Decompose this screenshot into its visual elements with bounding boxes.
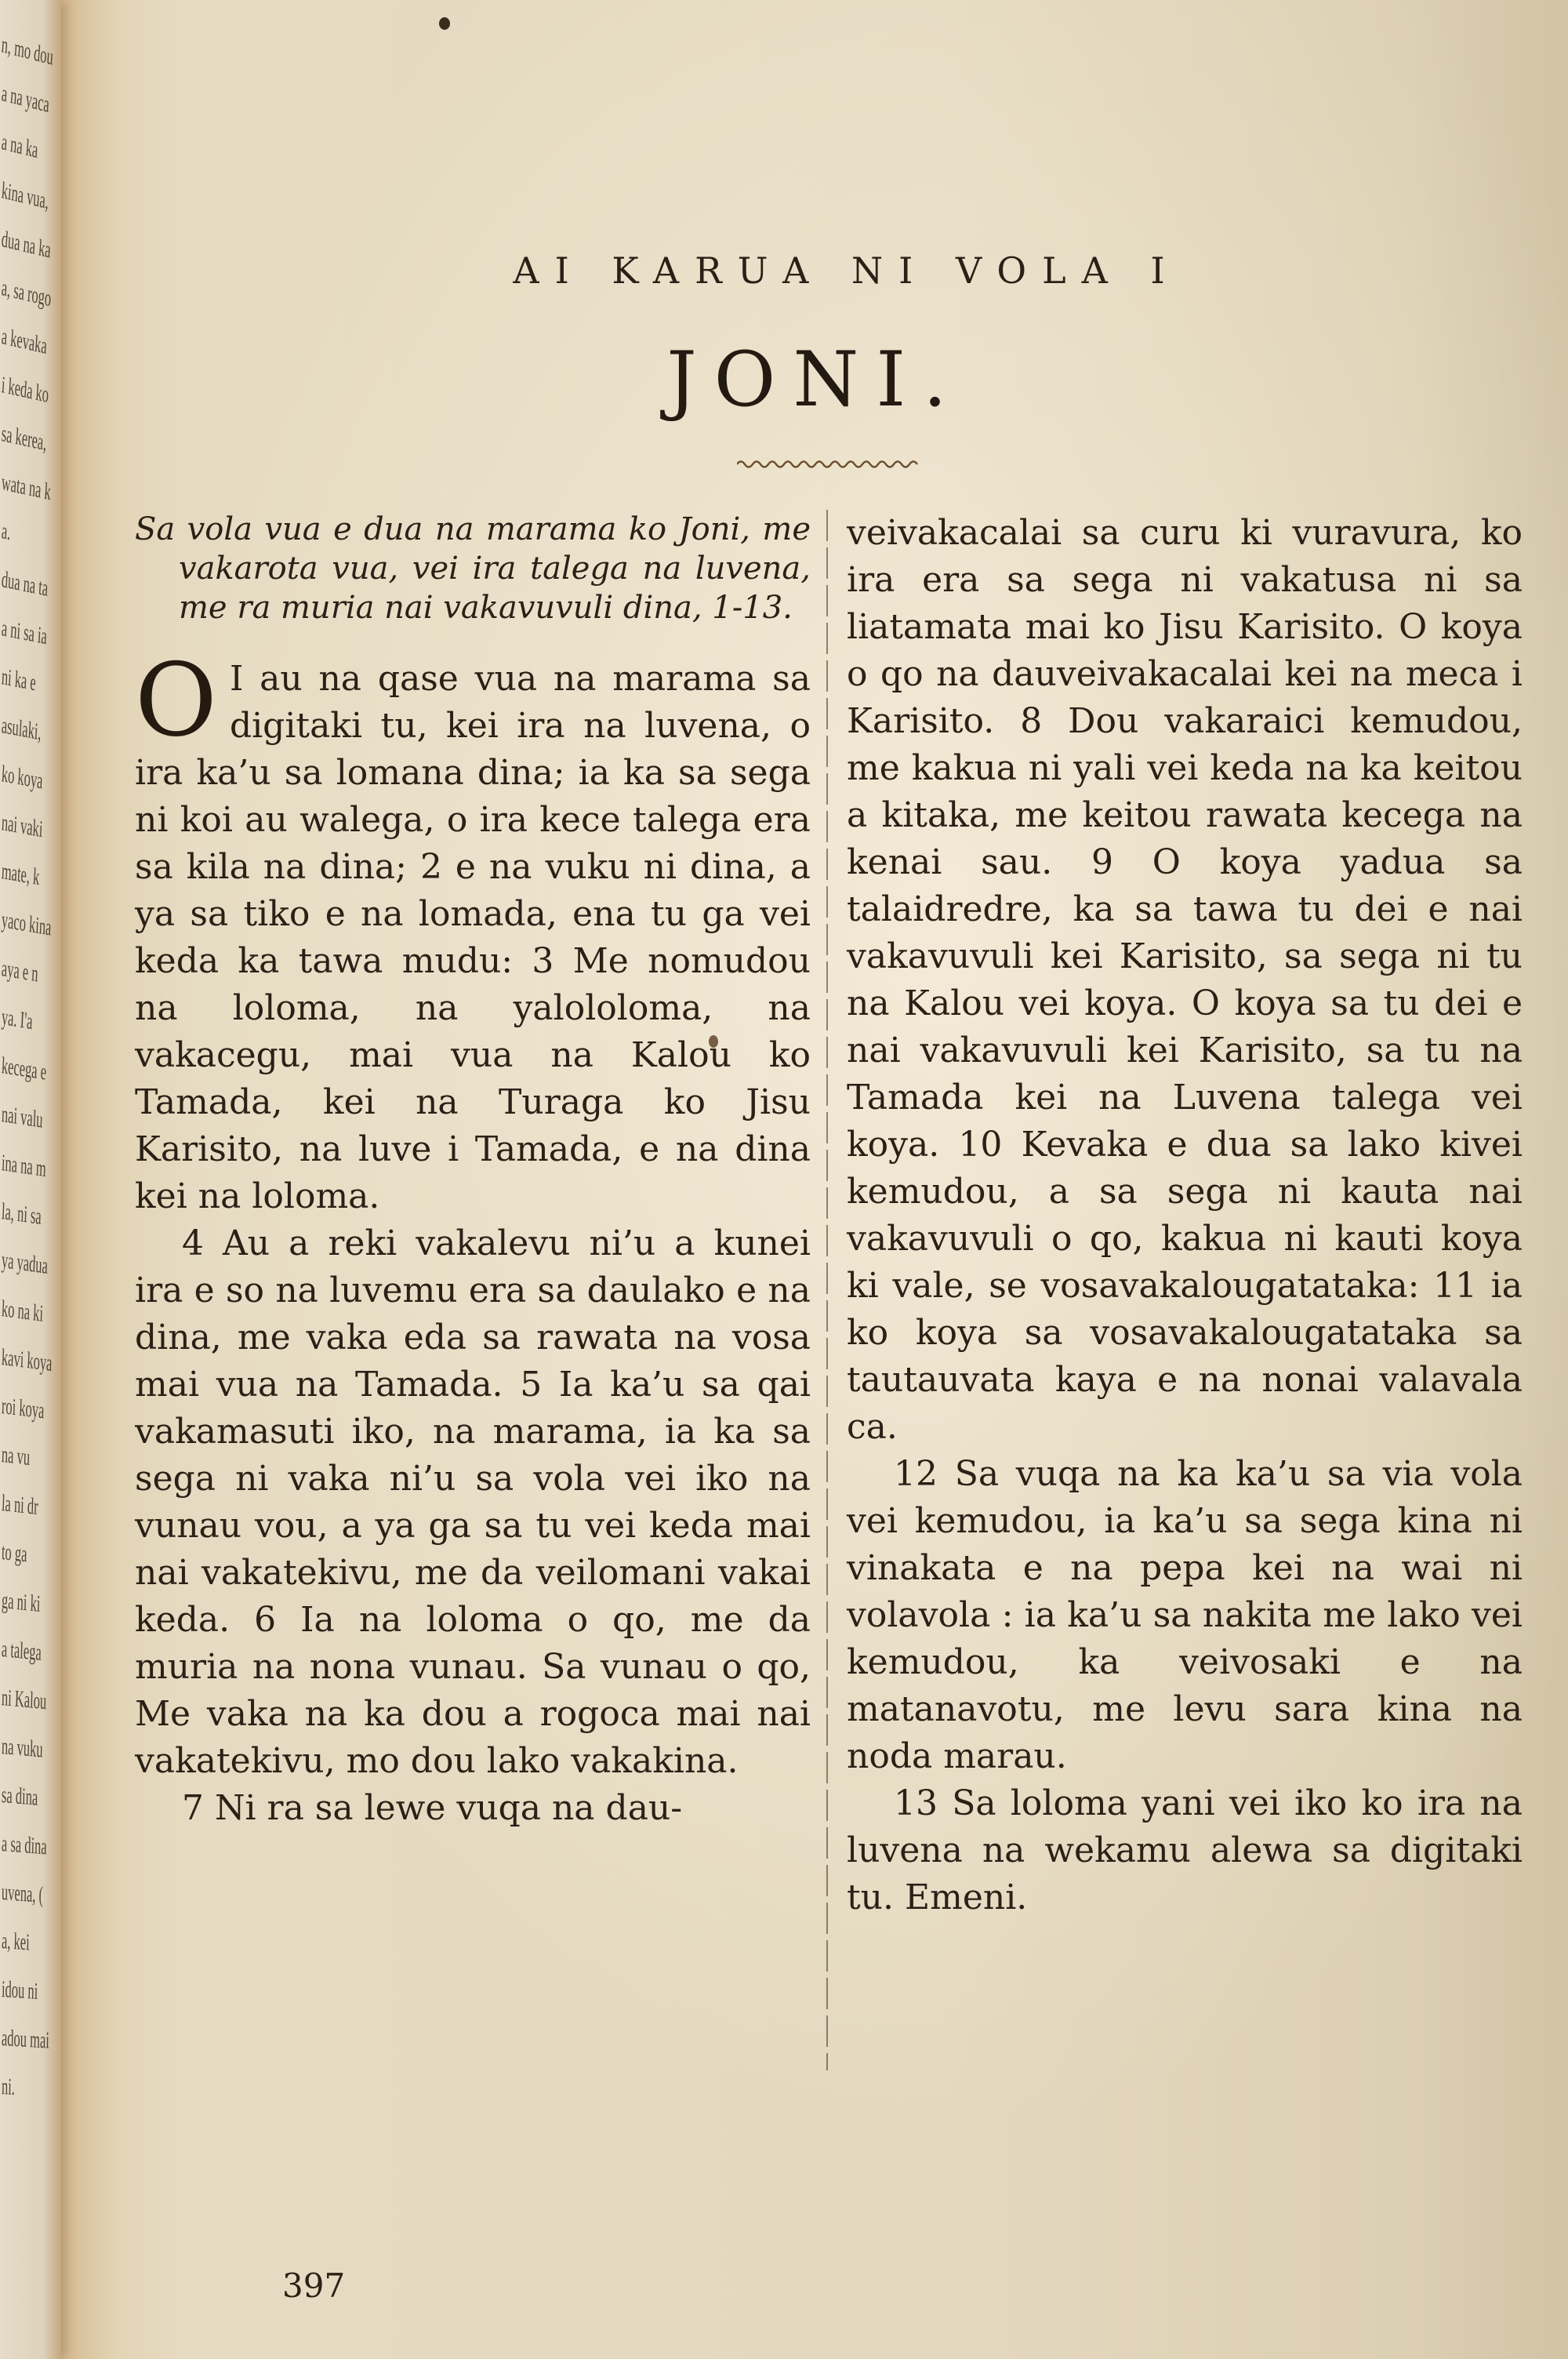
- adjacent-page-text-fragment: idou ni: [2, 1976, 38, 2005]
- adjacent-page-text-fragment: a talega: [2, 1636, 42, 1667]
- adjacent-page-text-fragment: yaco kina: [1, 907, 52, 942]
- adjacent-page-text-fragment: na vuku: [2, 1733, 44, 1764]
- adjacent-page-text-fragment: n, mo dou: [1, 31, 54, 71]
- adjacent-page-text-fragment: asulaki,: [1, 712, 42, 746]
- verse-paragraph: OI au na qase vua na marama sa digitaki …: [135, 656, 811, 1220]
- verse-paragraph: 7 Ni ra sa lewe vuqa na dau-: [135, 1785, 811, 1832]
- adjacent-page-text-fragment: la, ni sa: [1, 1198, 42, 1230]
- chapter-summary: Sa vola vua e dua na marama ko Joni, me …: [135, 510, 811, 627]
- adjacent-page-text-fragment: a sa dina: [2, 1830, 47, 1860]
- adjacent-page-text-fragment: uvena, (: [2, 1879, 44, 1909]
- adjacent-page-text-fragment: ina na m: [1, 1150, 46, 1183]
- adjacent-page-text-fragment: dua na ta: [1, 566, 49, 602]
- adjacent-page-text-fragment: ko koya: [1, 761, 43, 794]
- adjacent-page-text-fragment: kina vua,: [1, 177, 49, 215]
- foxing-spot: [709, 1035, 718, 1048]
- page-number: 397: [282, 2266, 345, 2305]
- running-title: AI KARUA NI VOLA I: [0, 249, 1568, 292]
- verse-paragraph: veivakacalai sa curu ki vuravura, ko ira…: [847, 510, 1523, 1451]
- adjacent-page-text-fragment: a na ka: [1, 129, 39, 164]
- adjacent-page-text-fragment: mate, k: [1, 858, 40, 891]
- adjacent-page-text-fragment: ya yadua: [1, 1247, 48, 1280]
- left-text-column: Sa vola vua e dua na marama ko Joni, me …: [135, 510, 811, 1832]
- adjacent-page-text-fragment: aya e n: [1, 955, 38, 987]
- drop-cap: O: [135, 659, 217, 743]
- right-text-column: veivakacalai sa curu ki vuravura, ko ira…: [847, 510, 1523, 1921]
- adjacent-page-text-fragment: ni Kalou: [2, 1685, 47, 1715]
- adjacent-page-text-fragment: a, kei: [2, 1928, 30, 1956]
- adjacent-page-text-fragment: a.: [1, 518, 11, 546]
- adjacent-page-text-fragment: la ni dr: [1, 1490, 38, 1521]
- adjacent-page-text-fragment: adou mai: [2, 2025, 50, 2055]
- adjacent-page-text-fragment: a ni sa ia: [1, 615, 48, 650]
- book-page: n, mo doua na yacaa na kakina vua,dua na…: [0, 0, 1568, 2359]
- book-title: JONI.: [0, 336, 1568, 423]
- adjacent-page-text-fragment: ya. I'a: [1, 1004, 33, 1035]
- column-divider: [826, 510, 828, 2070]
- verse-text: I au na qase vua na marama sa digitaki t…: [135, 659, 811, 1216]
- adjacent-page-text-fragment: sa dina: [2, 1782, 38, 1812]
- ink-spot: [439, 17, 450, 30]
- adjacent-page-text-fragment: na vu: [1, 1441, 30, 1471]
- adjacent-page-text-fragment: to ga: [1, 1539, 27, 1568]
- adjacent-page-text-fragment: nai vaki: [1, 809, 43, 843]
- adjacent-page-text-fragment: ga ni ki: [1, 1587, 40, 1618]
- adjacent-page-text-fragment: a na yaca: [1, 80, 50, 118]
- adjacent-page-text-fragment: roi koya: [1, 1393, 45, 1424]
- adjacent-page-text-fragment: ko na ki: [1, 1296, 43, 1328]
- verse-paragraph: 13 Sa loloma yani vei iko ko ira na luve…: [847, 1780, 1523, 1921]
- adjacent-page-text-fragment: ni.: [2, 2074, 16, 2101]
- wavy-rule-ornament: [737, 459, 922, 470]
- verse-paragraph: 4 Au a reki vakalevu ni’u a kunei ira e …: [135, 1220, 811, 1785]
- adjacent-page-text-fragment: ni ka e: [1, 663, 37, 696]
- adjacent-page-text-fragment: nai valu: [1, 1101, 43, 1134]
- adjacent-page-text-fragment: kecega e: [1, 1052, 47, 1086]
- adjacent-page-text-fragment: kavi koya: [1, 1344, 53, 1377]
- verse-paragraph: 12 Sa vuqa na ka ka’u sa via vola vei ke…: [847, 1451, 1523, 1780]
- adjacent-page-text-fragment: wata na k: [1, 469, 52, 506]
- adjacent-page-text-fragment: sa kerea,: [1, 420, 48, 456]
